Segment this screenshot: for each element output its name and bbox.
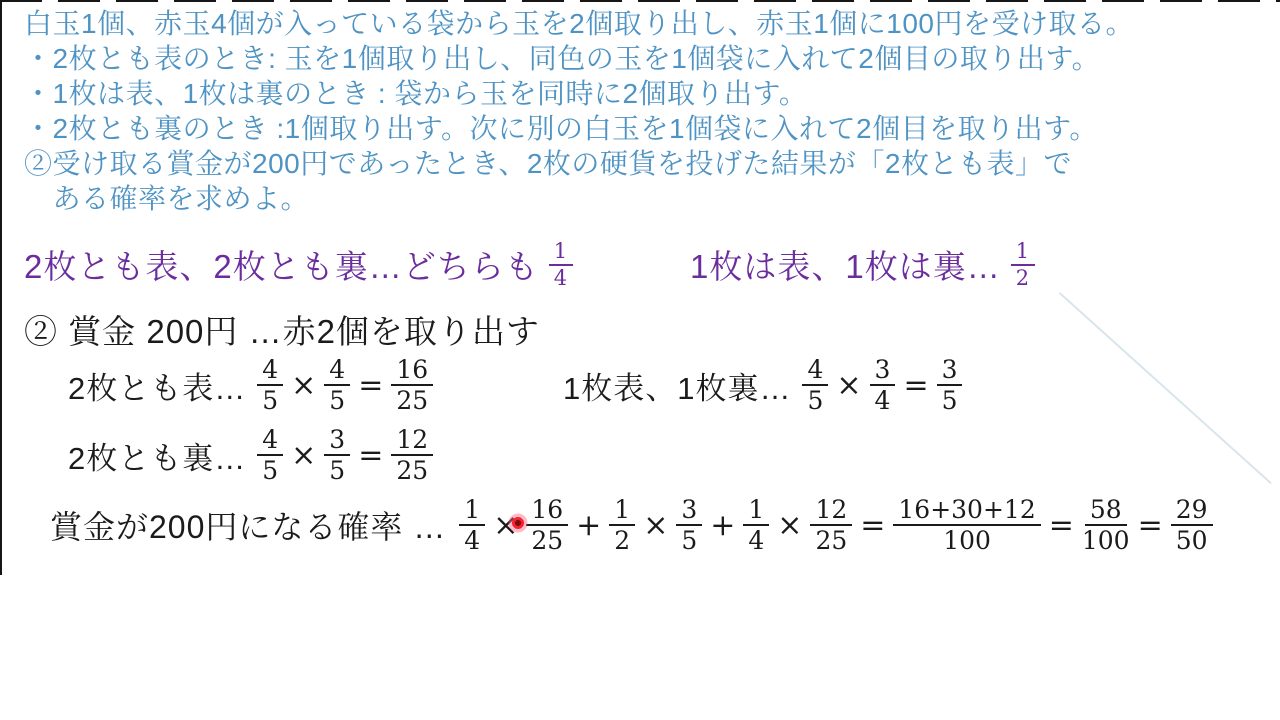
fraction-denominator: 5	[942, 386, 958, 414]
math-operator: +	[710, 508, 735, 543]
fraction: 45	[257, 356, 283, 414]
math-operator: ×	[291, 368, 316, 403]
fraction-numerator: 16	[391, 356, 433, 386]
math-operator: =	[860, 508, 885, 543]
laser-pointer-dot	[508, 513, 528, 533]
fraction: 45	[257, 426, 283, 484]
fraction-numerator: 3	[324, 426, 350, 456]
fraction-denominator: 100	[1082, 526, 1130, 554]
fraction-denominator: 5	[681, 526, 697, 554]
fraction-numerator: 1	[743, 496, 769, 526]
fraction-denominator: 5	[807, 386, 823, 414]
fraction-denominator: 100	[943, 526, 991, 554]
case-label: 2枚とも裏…	[68, 433, 246, 478]
fraction-numerator: 3	[870, 356, 896, 386]
problem-line: ある確率を求めよ。	[24, 181, 1274, 216]
fraction: 58100	[1082, 496, 1130, 554]
fraction-denominator: 25	[396, 386, 428, 414]
fraction-denominator: 25	[815, 526, 847, 554]
fraction-denominator: 25	[396, 456, 428, 484]
fraction-numerator: 4	[324, 356, 350, 386]
step2-heading: ② 賞金 200円 …赤2個を取り出す	[24, 306, 540, 353]
fraction-denominator: 50	[1176, 526, 1208, 554]
fraction: 35	[324, 426, 350, 484]
problem-line: 白玉1個、赤玉4個が入っている袋から玉を2個取り出し、赤玉1個に100円を受け取…	[24, 6, 1274, 41]
problem-line: ・1枚は表、1枚は裏のとき : 袋から玉を同時に2個取り出す。	[24, 76, 1274, 111]
problem-line: ・2枚とも裏のとき :1個取り出す。次に別の白玉を1個袋に入れて2個目を取り出す…	[24, 111, 1274, 146]
fraction: 45	[802, 356, 828, 414]
fraction-numerator: 4	[257, 356, 283, 386]
fraction-denominator: 5	[329, 386, 345, 414]
fraction-denominator: 5	[262, 456, 278, 484]
case-label: 1枚表、1枚裏…	[563, 363, 791, 408]
fraction-numerator: 12	[391, 426, 433, 456]
summary-both-same-text: 2枚とも表、2枚とも裏…どちらも	[24, 241, 539, 288]
fraction-denominator: 2	[614, 526, 630, 554]
summary-both-same: 2枚とも表、2枚とも裏…どちらも 1 4	[24, 240, 576, 289]
fraction-denominator: 4	[748, 526, 764, 554]
fraction-numerator: 29	[1171, 496, 1213, 526]
fraction-denominator: 5	[329, 456, 345, 484]
math-operator: =	[358, 368, 383, 403]
summary-mixed: 1枚は表、1枚は裏… 1 2	[690, 240, 1038, 289]
problem-line: ・2枚とも表のとき: 玉を1個取り出し、同色の玉を1個袋に入れて2個目の取り出す…	[24, 41, 1274, 76]
final-expression: 14×1625+12×35+14×1225=16+30+12100=58100=…	[456, 496, 1215, 554]
fraction: 1225	[391, 426, 433, 484]
fraction-numerator: 12	[810, 496, 852, 526]
fraction: 45	[324, 356, 350, 414]
math-operator: ×	[643, 508, 668, 543]
fraction-numerator: 4	[802, 356, 828, 386]
fraction: 35	[676, 496, 702, 554]
fraction-numerator: 4	[257, 426, 283, 456]
fraction: 1625	[526, 496, 568, 554]
fraction: 34	[870, 356, 896, 414]
math-operator: =	[1138, 508, 1163, 543]
fraction-numerator: 3	[676, 496, 702, 526]
fraction-denominator: 4	[464, 526, 480, 554]
math-operator: =	[1049, 508, 1074, 543]
top-edge-artifact	[0, 0, 1280, 2]
fraction-numerator: 1	[459, 496, 485, 526]
fraction: 35	[937, 356, 963, 414]
case-expression: 45×45=1625	[254, 356, 436, 414]
math-operator: +	[576, 508, 601, 543]
fraction: 1225	[810, 496, 852, 554]
fraction: 1625	[391, 356, 433, 414]
case-expression: 45×34=35	[799, 356, 965, 414]
faint-pen-streak	[1059, 292, 1272, 484]
case-row-both-tails: 2枚とも裏… 45×35=1225	[68, 426, 436, 484]
fraction: 16+30+12100	[893, 496, 1040, 554]
fraction-numerator: 16+30+12	[893, 496, 1040, 526]
lesson-slide: 白玉1個、赤玉4個が入っている袋から玉を2個取り出し、赤玉1個に100円を受け取…	[0, 0, 1280, 720]
fraction-numerator: 16	[526, 496, 568, 526]
final-probability-row: 賞金が200円になる確率 … 14×1625+12×35+14×1225=16+…	[50, 496, 1216, 554]
problem-line: ②受け取る賞金が200円であったとき、2枚の硬貨を投げた結果が「2枚とも表」で	[24, 146, 1274, 181]
math-operator: ×	[836, 368, 861, 403]
case-row-one-each: 1枚表、1枚裏… 45×34=35	[563, 356, 965, 414]
math-operator: ×	[777, 508, 802, 543]
final-label: 賞金が200円になる確率 …	[50, 502, 446, 548]
fraction: 14	[743, 496, 769, 554]
case-expression: 45×35=1225	[254, 426, 436, 484]
left-edge-artifact	[0, 0, 2, 575]
fraction-numerator: 3	[937, 356, 963, 386]
fraction-denominator: 25	[531, 526, 563, 554]
fraction: 2950	[1171, 496, 1213, 554]
math-operator: =	[358, 438, 383, 473]
problem-statement: 白玉1個、赤玉4個が入っている袋から玉を2個取り出し、赤玉1個に100円を受け取…	[24, 6, 1274, 216]
fraction-one-quarter: 1 4	[549, 240, 573, 289]
math-operator: =	[903, 368, 928, 403]
case-label: 2枚とも表…	[68, 363, 246, 408]
case-row-both-heads: 2枚とも表… 45×45=1625	[68, 356, 436, 414]
fraction-numerator: 58	[1085, 496, 1127, 526]
fraction-denominator: 4	[875, 386, 891, 414]
fraction: 12	[609, 496, 635, 554]
math-operator: ×	[291, 438, 316, 473]
summary-mixed-text: 1枚は表、1枚は裏…	[690, 241, 1001, 288]
fraction: 14	[459, 496, 485, 554]
fraction-one-half: 1 2	[1011, 240, 1035, 289]
fraction-denominator: 5	[262, 386, 278, 414]
fraction-numerator: 1	[609, 496, 635, 526]
